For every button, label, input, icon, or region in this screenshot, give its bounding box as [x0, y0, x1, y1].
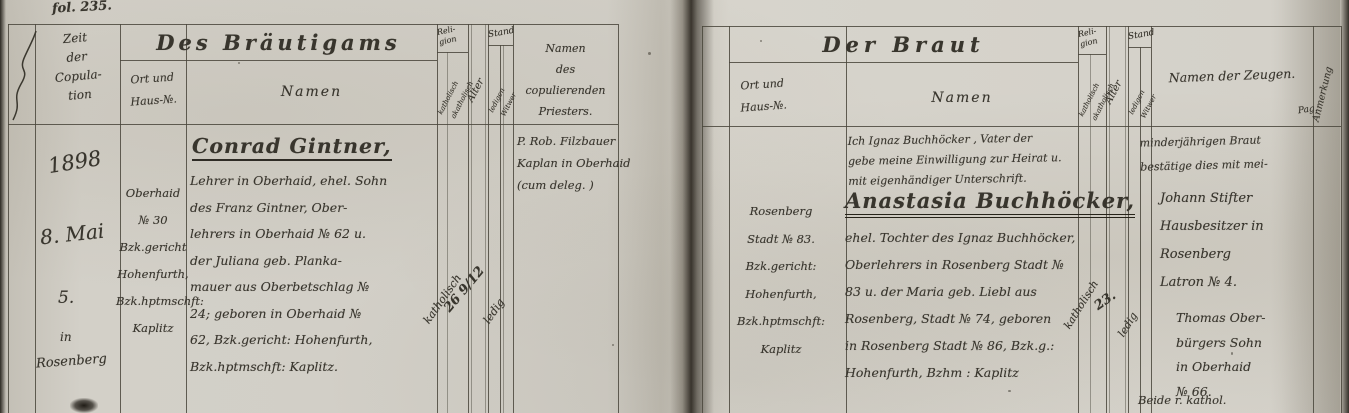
- section-title-bride: Der Braut: [729, 32, 1078, 57]
- bride-name: Anastasia Buchhöcker,: [845, 188, 1135, 218]
- book-gutter: [670, 0, 714, 413]
- col-header-religion-bride: Reli-gion: [1077, 26, 1099, 49]
- rule: [8, 24, 9, 413]
- col-header-namen: Namen: [186, 84, 437, 100]
- rule: [1313, 26, 1314, 413]
- section-title-groom: Des Bräutigams: [120, 30, 437, 55]
- consent-note-overflow: minderjährigen Brautbestätige dies mit m…: [1139, 128, 1268, 179]
- ink-smudge: [70, 398, 98, 413]
- rule: [618, 24, 619, 413]
- priest-name: P. Rob. FilzbauerKaplan in Oberhaid(cum …: [517, 130, 631, 196]
- register-scan: fol. 235. ZeitderCopula-tion Des Bräutig…: [0, 0, 1349, 413]
- rule: [702, 26, 703, 413]
- rule: [1078, 26, 1079, 413]
- col-header-ort-haus-bride: Ort undHaus-№.: [726, 72, 801, 121]
- col-header-zeit-copulation: ZeitderCopula-tion: [32, 25, 123, 108]
- paper-speck: [648, 52, 651, 55]
- col-header-priester: NamendescopulierendenPriesters.: [513, 38, 618, 122]
- bride-ort-haus: RosenbergStadt № 83.Bzk.gericht:Hohenfur…: [725, 198, 837, 363]
- entry-year: 1898: [46, 146, 103, 178]
- rule: [8, 24, 618, 25]
- rule: [1078, 54, 1106, 55]
- rule: [729, 62, 1078, 63]
- rule: [8, 124, 618, 125]
- col-header-ort-haus: Ort undHaus-№.: [117, 66, 190, 115]
- rule: [503, 45, 504, 413]
- groom-ort-haus: Oberhaid№ 30Bzk.gerichtHohenfurth,Bzk.hp…: [116, 180, 190, 342]
- groom-name: Conrad Gintner,: [192, 134, 392, 161]
- rule: [1341, 26, 1342, 413]
- entry-day-month: 8. Mai: [39, 219, 105, 250]
- rule: [120, 60, 437, 61]
- bride-details: ehel. Tochter des Ignaz Buchhöcker,Oberl…: [845, 224, 1075, 386]
- groom-details: Lehrer in Oberhaid, ehel. Sohndes Franz …: [190, 168, 387, 380]
- witness-1: Johann StifterHausbesitzer inRosenbergLa…: [1160, 185, 1264, 297]
- rule: [1090, 54, 1091, 413]
- paper-speck: [760, 40, 762, 42]
- left-page-edge: [0, 0, 6, 413]
- rule: [1128, 26, 1129, 413]
- witness-note: Beide r. kathol.: [1138, 393, 1226, 407]
- col-header-namen-bride: Namen: [846, 90, 1078, 106]
- col-header-religion: Reli-gion: [436, 24, 458, 47]
- entry-in-word: in: [60, 330, 72, 344]
- rule: [702, 126, 1341, 127]
- rule: [437, 52, 468, 53]
- bride-stand: ledig: [1116, 310, 1140, 339]
- entry-number: 5.: [58, 288, 74, 308]
- paper-speck: [1231, 352, 1233, 355]
- father-consent-note: Ich Ignaz Buchhöcker , Vater dergebe mei…: [847, 128, 1062, 192]
- rule: [437, 24, 438, 413]
- witness-2: Thomas Ober-bürgers Sohnin Oberhaid№ 66.: [1176, 306, 1265, 404]
- rule: [702, 26, 1341, 27]
- rule: [488, 24, 489, 413]
- folio-number: fol. 235.: [52, 0, 113, 17]
- col-header-stand: Stand: [487, 26, 515, 40]
- paper-speck: [612, 344, 614, 346]
- entry-place: Rosenberg: [36, 352, 108, 372]
- rule: [1125, 26, 1126, 413]
- paper-speck: [1008, 390, 1011, 392]
- page-curl-shading: [1270, 0, 1340, 413]
- paper-speck: [238, 62, 240, 64]
